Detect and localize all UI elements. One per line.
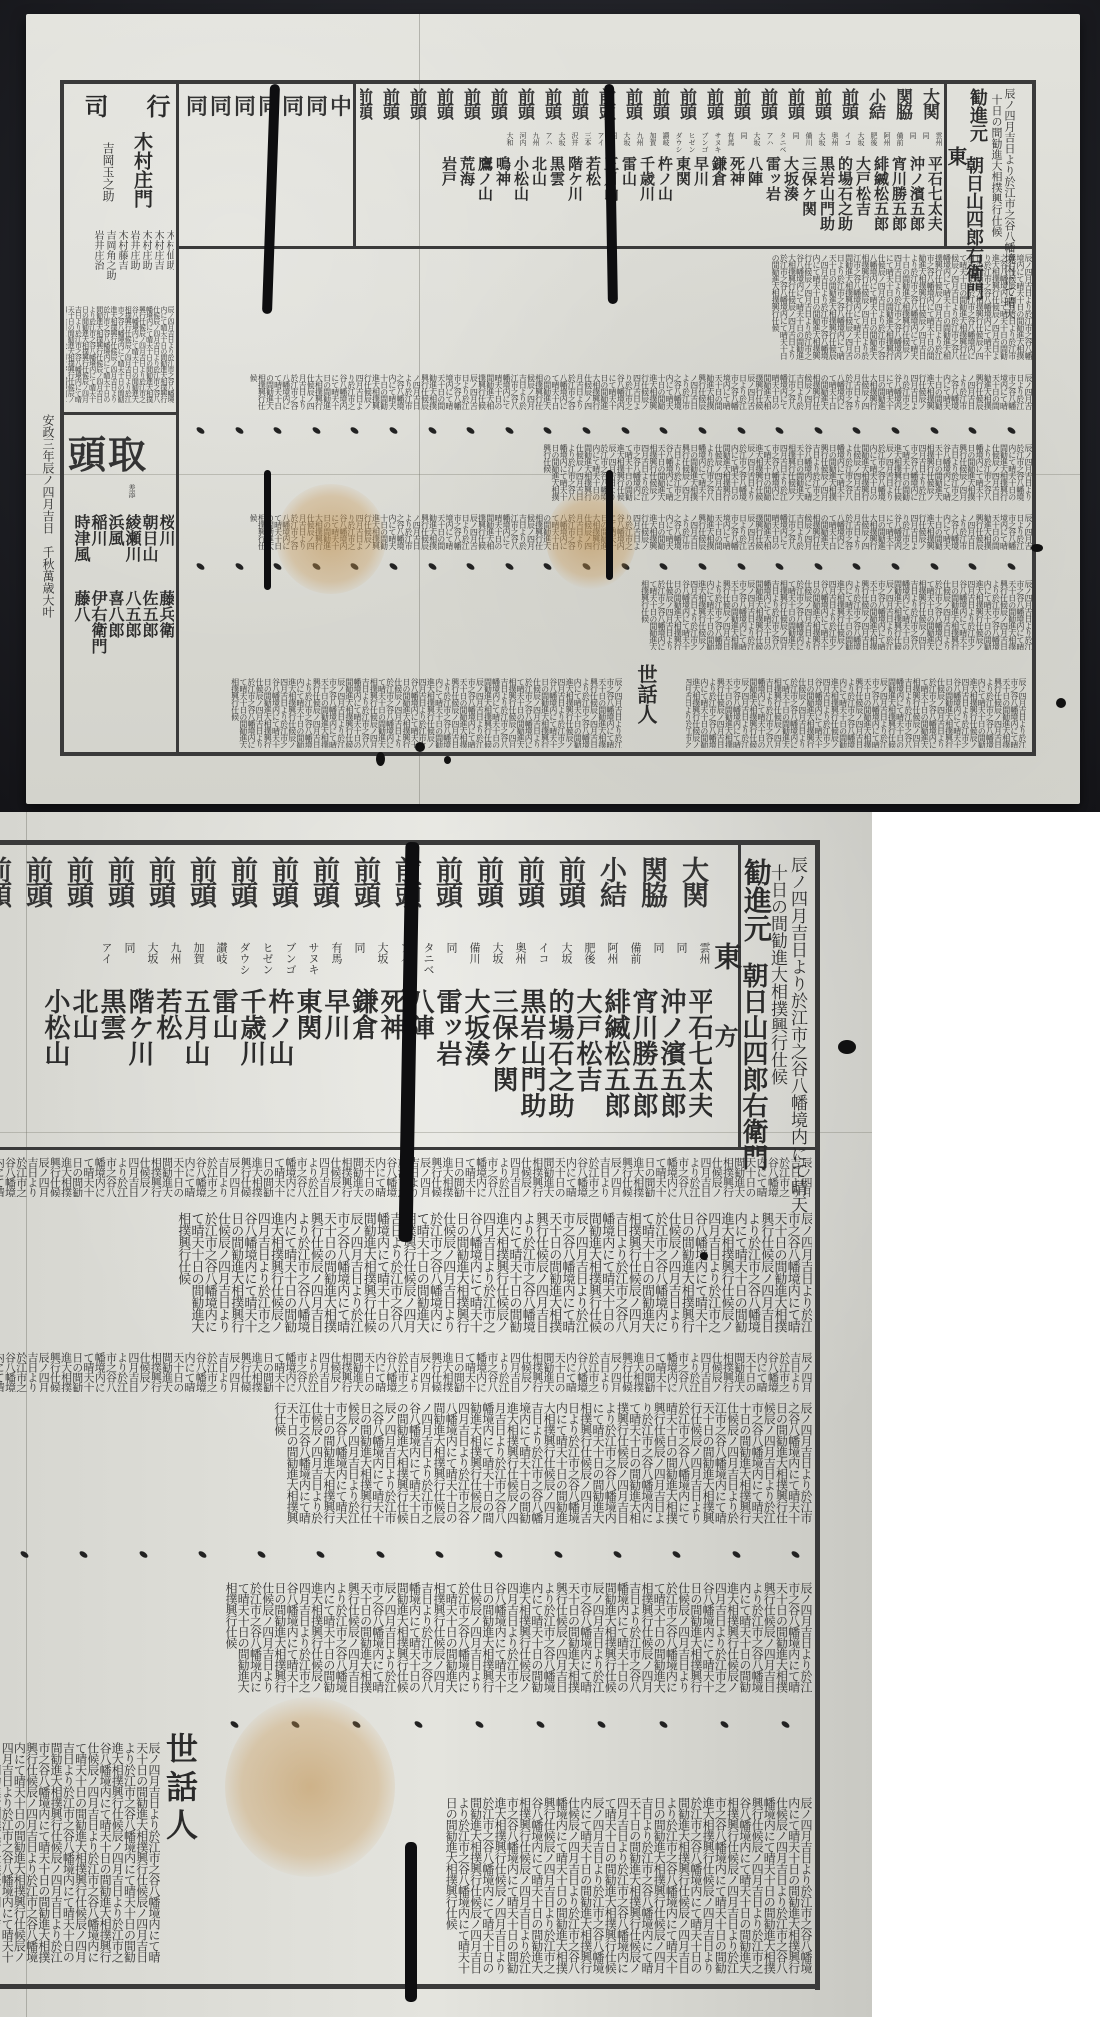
rank-sekiwake: 関脇 xyxy=(890,88,915,128)
gyoji-toshiyori-rule xyxy=(64,412,177,415)
gyoji-name: 木村庄吉 xyxy=(152,230,162,300)
origin: 大坂 xyxy=(818,132,825,154)
rank-maegashira: 前頭 xyxy=(140,856,179,924)
wrestler-name: 雷山 xyxy=(210,988,236,1144)
wrestler-name: 大戸松吉 xyxy=(574,988,600,1144)
toshiyori-name: 佐五郎 xyxy=(141,590,157,750)
origin: 阿州 xyxy=(883,132,890,154)
origin: 讃岐 xyxy=(662,132,669,154)
origin: 加賀 xyxy=(193,942,204,976)
sewanin-label: 世話人 xyxy=(636,664,656,724)
origin: イコ xyxy=(844,132,851,154)
rank-maegashira: 前頭 xyxy=(701,88,726,128)
wrestler-name: 沖ノ濱五郎 xyxy=(658,988,684,1144)
paper-tear xyxy=(405,1842,417,2002)
kanjin-column-rule xyxy=(944,84,947,248)
origin: アハ xyxy=(545,132,552,154)
makushita-origin-row: 辰ノ四月吉日より於江市之谷八幡境内にて晴天十日の間勧進大相撲興行仕候辰ノ四月吉日… xyxy=(0,1352,812,1392)
origin: 加賀 xyxy=(649,132,656,154)
rank-maegashira: 前頭 xyxy=(674,88,699,128)
origin: サヌキ xyxy=(714,132,721,154)
origin: ブンゴ xyxy=(285,942,296,976)
gyoji-secondary: 吉岡玉之助 xyxy=(102,142,114,202)
makushita-rows: 辰ノ四月吉日より於江市之谷八幡境内にて晴天十日の間勧進大相撲興行仕候辰ノ四月吉日… xyxy=(0,1402,812,1527)
wrestler-name: 黒岩山門助 xyxy=(518,988,544,1144)
rank-maegashira: 前頭 xyxy=(345,856,384,924)
wrestler-name: 千歳川 xyxy=(238,988,264,1144)
toshiyori-name: 朝日山 xyxy=(141,514,157,584)
wrestler-name: 杵ノ山 xyxy=(266,988,292,1144)
rank-maegashira: 前頭 xyxy=(58,856,97,924)
row-separator-dots xyxy=(20,1552,800,1557)
wrestler-name: 緋縅松五郎 xyxy=(873,156,888,244)
toshiyori-name: 喜八郎 xyxy=(107,590,123,750)
origin: タニベ xyxy=(423,942,434,976)
wrestler-name: 鷹ノ山 xyxy=(477,156,492,244)
origin: ダウシ xyxy=(239,942,250,976)
row-separator-dots xyxy=(196,428,1016,433)
origin: 大坂 xyxy=(561,942,572,976)
wrestler-name: 階ケ川 xyxy=(126,988,152,1144)
wrestler-name: 若松 xyxy=(585,156,600,244)
ink-spot xyxy=(838,1040,856,1054)
origin: 雲州 xyxy=(935,132,942,154)
rank-naka: 中 xyxy=(330,90,350,120)
origin: 三本 xyxy=(584,132,591,154)
rank-maegashira: 前頭 xyxy=(222,856,261,924)
toshiyori-name: 時津風 xyxy=(73,514,89,584)
wrestler-name: 平石七太夫 xyxy=(686,988,712,1144)
banzuke-paper: 辰ノ四月吉日より於江市之谷八幡境内にて晴天 十日の間勧進大相撲興行仕候 勧進元 … xyxy=(26,14,1080,804)
origin: 大坂 xyxy=(623,132,630,154)
origin: 大坂 xyxy=(857,132,864,154)
sewanin-names-right: 辰ノ四月吉日より於江市之谷八幡境内にて晴天十日の間勧進大相撲興行仕候辰ノ四月吉日… xyxy=(686,678,1026,748)
origin: 備前 xyxy=(630,942,641,976)
water-stain xyxy=(225,1697,395,1877)
origin: 同 xyxy=(676,942,687,976)
toshiyori-name: 桜川 xyxy=(158,514,174,584)
rank-ozeki: 大関 xyxy=(673,856,712,924)
toshiyori-name: 藤兵衛 xyxy=(158,590,174,750)
wrestler-name: 緋縅松五郎 xyxy=(602,988,628,1144)
wrestler-name: 黒雲 xyxy=(98,988,124,1144)
rank-maegashira: 前頭 xyxy=(509,856,548,924)
origin: 備川 xyxy=(805,132,812,154)
rank-maegashira: 前頭 xyxy=(17,856,56,924)
origin: 有馬 xyxy=(331,942,342,976)
origin: 同 xyxy=(792,132,799,154)
wrestler-name: 小松山 xyxy=(513,156,528,244)
wrestler-name: 鎌倉 xyxy=(711,156,726,244)
paper-tear xyxy=(264,470,271,590)
ink-spot xyxy=(444,756,451,764)
ink-spot xyxy=(1031,544,1043,552)
ink-spot xyxy=(700,1252,708,1260)
origin: アハ xyxy=(766,132,773,154)
origin: 肥後 xyxy=(584,942,595,976)
outer-frame-right xyxy=(815,840,820,1990)
gyoji-name: 木村藤吉 xyxy=(116,230,126,300)
origin: 大坂 xyxy=(492,942,503,976)
sandanme-rows: 辰ノ四月吉日より於江市之谷八幡境内にて晴天十日の間勧進大相撲興行仕候辰ノ四月吉日… xyxy=(0,1582,812,1702)
wrestler-name: 平石七太夫 xyxy=(927,156,942,244)
water-stain xyxy=(276,484,386,594)
origin: 大坂 xyxy=(753,132,760,154)
wrestler-name: 宵川勝五郎 xyxy=(891,156,906,244)
wrestler-name: 千歳川 xyxy=(639,156,654,244)
origin: ヒゼン xyxy=(262,942,273,976)
wrestler-name: 岩戸 xyxy=(441,156,456,244)
ink-spot xyxy=(376,752,385,766)
rank-maegashira: 前頭 xyxy=(809,88,834,128)
rank-maegashira: 前頭 xyxy=(566,88,591,128)
toshiyori-label: 頭取 xyxy=(68,424,148,479)
rank-maegashira: 前頭 xyxy=(468,856,507,924)
makushita-rows: 辰ノ四月吉日より於江市之谷八幡境内にて晴天十日の間勧進大相撲興行仕候辰ノ四月吉日… xyxy=(182,374,1032,412)
wrestler-name: 宵川勝五郎 xyxy=(630,988,656,1144)
toshiyori-name: 八五郎 xyxy=(124,590,140,750)
wrestler-name: 大戸松吉 xyxy=(855,156,870,244)
origin: ブンゴ xyxy=(701,132,708,154)
origin: 讃岐 xyxy=(216,942,227,976)
kanjin-name: 朝日山四郎右衛門 xyxy=(740,962,766,1170)
rank-title-row: 大関 関脇 小結 前頭 前頭 前頭 前頭 前頭 前頭 前頭 前頭 前頭 前頭 前… xyxy=(360,88,942,128)
wrestler-name: 大坂湊 xyxy=(783,156,798,244)
toshiyori-name: 綾瀬川 xyxy=(124,514,140,584)
sewanin-names-left: 辰ノ四月吉日より於江市之谷八幡境内にて晴天十日の間勧進大相撲興行仕候辰ノ四月吉日… xyxy=(182,678,622,748)
wrestler-name: 早川 xyxy=(693,156,708,244)
origin: 同 xyxy=(354,942,365,976)
origin: タニベ xyxy=(779,132,786,154)
makuuchi-bottom-rule xyxy=(176,246,1034,249)
gyoji-name: 岩井庄治 xyxy=(92,230,102,300)
kanjin-label: 勧進元 xyxy=(968,88,986,142)
origin: 大和 xyxy=(506,132,513,154)
ink-spot xyxy=(1056,698,1066,708)
rank-maegashira: 前頭 xyxy=(0,856,15,924)
rank-dou: 同 xyxy=(234,90,254,120)
origin: 同 xyxy=(446,942,457,976)
date-line: 安政三年辰ノ四月吉日 千秋萬歳大叶 xyxy=(42,414,54,618)
wrestler-name: 沖ノ濱五郎 xyxy=(909,156,924,244)
origin: 大坂 xyxy=(377,942,388,976)
wrestler-name: 小松山 xyxy=(42,988,68,1144)
wrestler-name: 黒岩山門助 xyxy=(819,156,834,244)
origin: 九州 xyxy=(532,132,539,154)
wrestler-name: 五月山 xyxy=(182,988,208,1144)
origin-row: 雲州 同 同 備前 阿州 肥後 大坂 イコ 奥州 大坂 備川 同 タニベ アハ … xyxy=(0,942,710,976)
east-label: 東 xyxy=(946,146,966,166)
wrestler-name: 杵ノ山 xyxy=(657,156,672,244)
origin: ヒゼン xyxy=(688,132,695,154)
rank-maegashira: 前頭 xyxy=(836,88,861,128)
wrestler-name: 雷ッ岩 xyxy=(434,988,460,1144)
rank-title-row: 大関 関脇 小結 前頭 前頭 前頭 前頭 前頭 前頭 前頭 前頭 前頭 前頭 前… xyxy=(0,856,712,924)
rank-maegashira: 前頭 xyxy=(728,88,753,128)
wrestler-name: 八陣 xyxy=(747,156,762,244)
rank-ozeki: 大関 xyxy=(917,88,942,128)
origin: ダウシ xyxy=(675,132,682,154)
rank-komusubi: 小結 xyxy=(591,856,630,924)
gyoji-minor-list: 辰ノ四月吉日より於江市之谷八幡境内にて晴天十日の間勧進大相撲興行仕候辰ノ四月吉日… xyxy=(66,306,174,406)
wrestler-name: 東関 xyxy=(675,156,690,244)
origin: 同 xyxy=(124,942,135,976)
rank-dou: 同 xyxy=(306,90,326,120)
rank-maegashira: 前頭 xyxy=(99,856,138,924)
toshiyori-names-top: 桜川 朝日山 綾瀬川 浜風 稲川 時津風 xyxy=(68,514,174,584)
wrestler-name: 荒海 xyxy=(459,156,474,244)
kanjin-label: 勧進元 xyxy=(742,858,770,942)
rank-maegashira: 前頭 xyxy=(431,88,456,128)
wrestler-name: 若松 xyxy=(154,988,180,1144)
wrestler-name: 黒雲 xyxy=(549,156,564,244)
origin: 九州 xyxy=(636,132,643,154)
origin: アイ xyxy=(597,132,604,154)
rank-dou: 同 xyxy=(282,90,302,120)
announcement-line-2: 十日の間勧進大相撲興行仕候 xyxy=(991,94,1002,237)
wrestler-name: 的場石之助 xyxy=(546,988,572,1144)
rank-maegashira: 前頭 xyxy=(539,88,564,128)
toshiyori-name: 稲川 xyxy=(90,514,106,584)
rank-maegashira: 前頭 xyxy=(404,88,429,128)
origin: 雲州 xyxy=(699,942,710,976)
wrestler-name: 早川 xyxy=(322,988,348,1144)
wrestler-name: 雷山 xyxy=(621,156,636,244)
rank-dou: 同 xyxy=(210,90,230,120)
rank-maegashira: 前頭 xyxy=(620,88,645,128)
wrestler-name: 大坂湊 xyxy=(462,988,488,1144)
rank-maegashira: 前頭 xyxy=(427,856,466,924)
rank-maegashira: 前頭 xyxy=(458,88,483,128)
rank-sekiwake: 関脇 xyxy=(632,856,671,924)
side-label: 方 xyxy=(712,1024,736,1048)
rank-maegashira: 前頭 xyxy=(263,856,302,924)
rank-maegashira: 前頭 xyxy=(304,856,343,924)
photo-full-sheet: 辰ノ四月吉日より於江市之谷八幡境内にて晴天 十日の間勧進大相撲興行仕候 勧進元 … xyxy=(0,0,1100,812)
toshiyori-name: 浜風 xyxy=(107,514,123,584)
rank-maegashira: 前頭 xyxy=(181,856,220,924)
water-stain xyxy=(546,489,636,589)
makuuchi-names: 平石七太夫 沖ノ濱五郎 宵川勝五郎 緋縅松五郎 大戸松吉 的場石之助 黒岩山門助… xyxy=(0,988,712,1144)
origin: 同 xyxy=(909,132,916,154)
origin: 同 xyxy=(922,132,929,154)
wrestler-name: 北山 xyxy=(70,988,96,1144)
wrestler-name: 鎌倉 xyxy=(350,988,376,1144)
east-label: 東 xyxy=(712,942,740,970)
toshiyori-names-bottom: 藤兵衛 佐五郎 八五郎 喜八郎 伊右衛門 藤八 xyxy=(68,590,174,750)
ink-spot xyxy=(415,742,425,752)
gyoji-name: 木村庄助 xyxy=(140,230,150,300)
gyoji-list: 木村仙助 木村庄吉 木村庄助 岩井庄助 木村藤吉 吉岡角之助 岩井庄治 xyxy=(66,230,174,300)
toshiyori-label-text: 頭取 xyxy=(68,432,148,477)
middle-rank-title-row: 中 同 同 同 同 同 同 xyxy=(182,90,350,120)
toshiyori-sub-label: 差添 xyxy=(128,484,135,498)
origin: 奥州 xyxy=(831,132,838,154)
wrestler-name: 三保ケ関 xyxy=(490,988,516,1144)
origin: 有馬 xyxy=(727,132,734,154)
origin: 大坂 xyxy=(147,942,158,976)
origin: 奥州 xyxy=(515,942,526,976)
origin: 同 xyxy=(653,942,664,976)
sewanin-label: 世話人 xyxy=(164,1732,196,1846)
rank-maegashira: 前頭 xyxy=(782,88,807,128)
origin: 河内 xyxy=(519,132,526,154)
origin: 同 xyxy=(740,132,747,154)
rank-maegashira: 前頭 xyxy=(755,88,780,128)
gyoji-label-left: 司 xyxy=(82,94,106,118)
wrestler-name: 的場石之助 xyxy=(837,156,852,244)
paper-tear xyxy=(606,470,613,580)
rank-maegashira: 前頭 xyxy=(512,88,537,128)
rank-komusubi: 小結 xyxy=(863,88,888,128)
jonokuchi-rows: 辰ノ四月吉日より於江市之谷八幡境内にて晴天十日の間勧進大相撲興行仕候辰ノ四月吉日… xyxy=(182,580,1032,650)
origin: 備前 xyxy=(896,132,903,154)
origin: 備川 xyxy=(469,942,480,976)
gyoji-name: 木村仙助 xyxy=(164,230,174,300)
origin: アイ xyxy=(101,942,112,976)
wrestler-name: 雷ッ岩 xyxy=(765,156,780,244)
rank-maegashira: 前頭 xyxy=(647,88,672,128)
origin: イコ xyxy=(538,942,549,976)
wrestler-name: 死神 xyxy=(729,156,744,244)
gyoji-primary: 木村庄門 xyxy=(132,132,151,208)
origin: 沢井 xyxy=(571,132,578,154)
origin: 九州 xyxy=(170,942,181,976)
rank-maegashira: 前頭 xyxy=(377,88,402,128)
rank-maegashira: 前頭 xyxy=(360,88,375,128)
origin: サヌキ xyxy=(308,942,319,976)
origin: 阿州 xyxy=(607,942,618,976)
gyoji-name: 岩井庄助 xyxy=(128,230,138,300)
rank-maegashira: 前頭 xyxy=(550,856,589,924)
gyoji-name: 吉岡角之助 xyxy=(104,230,114,300)
banzuke-paper-closeup: 辰ノ四月吉日より於江市之谷八幡境内にて晴天 十日の間勧進大相撲興行仕候 勧進元 … xyxy=(0,812,872,2017)
toshiyori-name: 藤八 xyxy=(73,590,89,750)
origin: 肥後 xyxy=(870,132,877,154)
rank-dou: 同 xyxy=(186,90,206,120)
makuuchi-names: 平石七太夫 沖ノ濱五郎 宵川勝五郎 緋縅松五郎 大戸松吉 的場石之助 黒岩山門助… xyxy=(182,156,942,244)
origin: 大坂 xyxy=(558,132,565,154)
left-column-rule xyxy=(176,84,179,754)
wrestler-name: 階ケ川 xyxy=(567,156,582,244)
toshiyori-name: 伊右衛門 xyxy=(90,590,106,750)
sewanin-names-left: 辰ノ四月吉日より於江市之谷八幡境内にて晴天十日の間勧進大相撲興行仕候辰ノ四月吉日… xyxy=(0,1742,160,1972)
photo-closeup: 辰ノ四月吉日より於江市之谷八幡境内にて晴天 十日の間勧進大相撲興行仕候 勧進元 … xyxy=(0,812,872,2017)
wrestler-name: 鳴神 xyxy=(495,156,510,244)
rank-maegashira: 前頭 xyxy=(485,88,510,128)
origin-row: 雲州 同 同 備前 阿州 肥後 大坂 イコ 奥州 大坂 備川 同 タニベ アハ … xyxy=(182,132,942,154)
wrestler-name: 北山 xyxy=(531,156,546,244)
wrestler-name: 東関 xyxy=(294,988,320,1144)
wrestler-name: 三保ケ関 xyxy=(801,156,816,244)
